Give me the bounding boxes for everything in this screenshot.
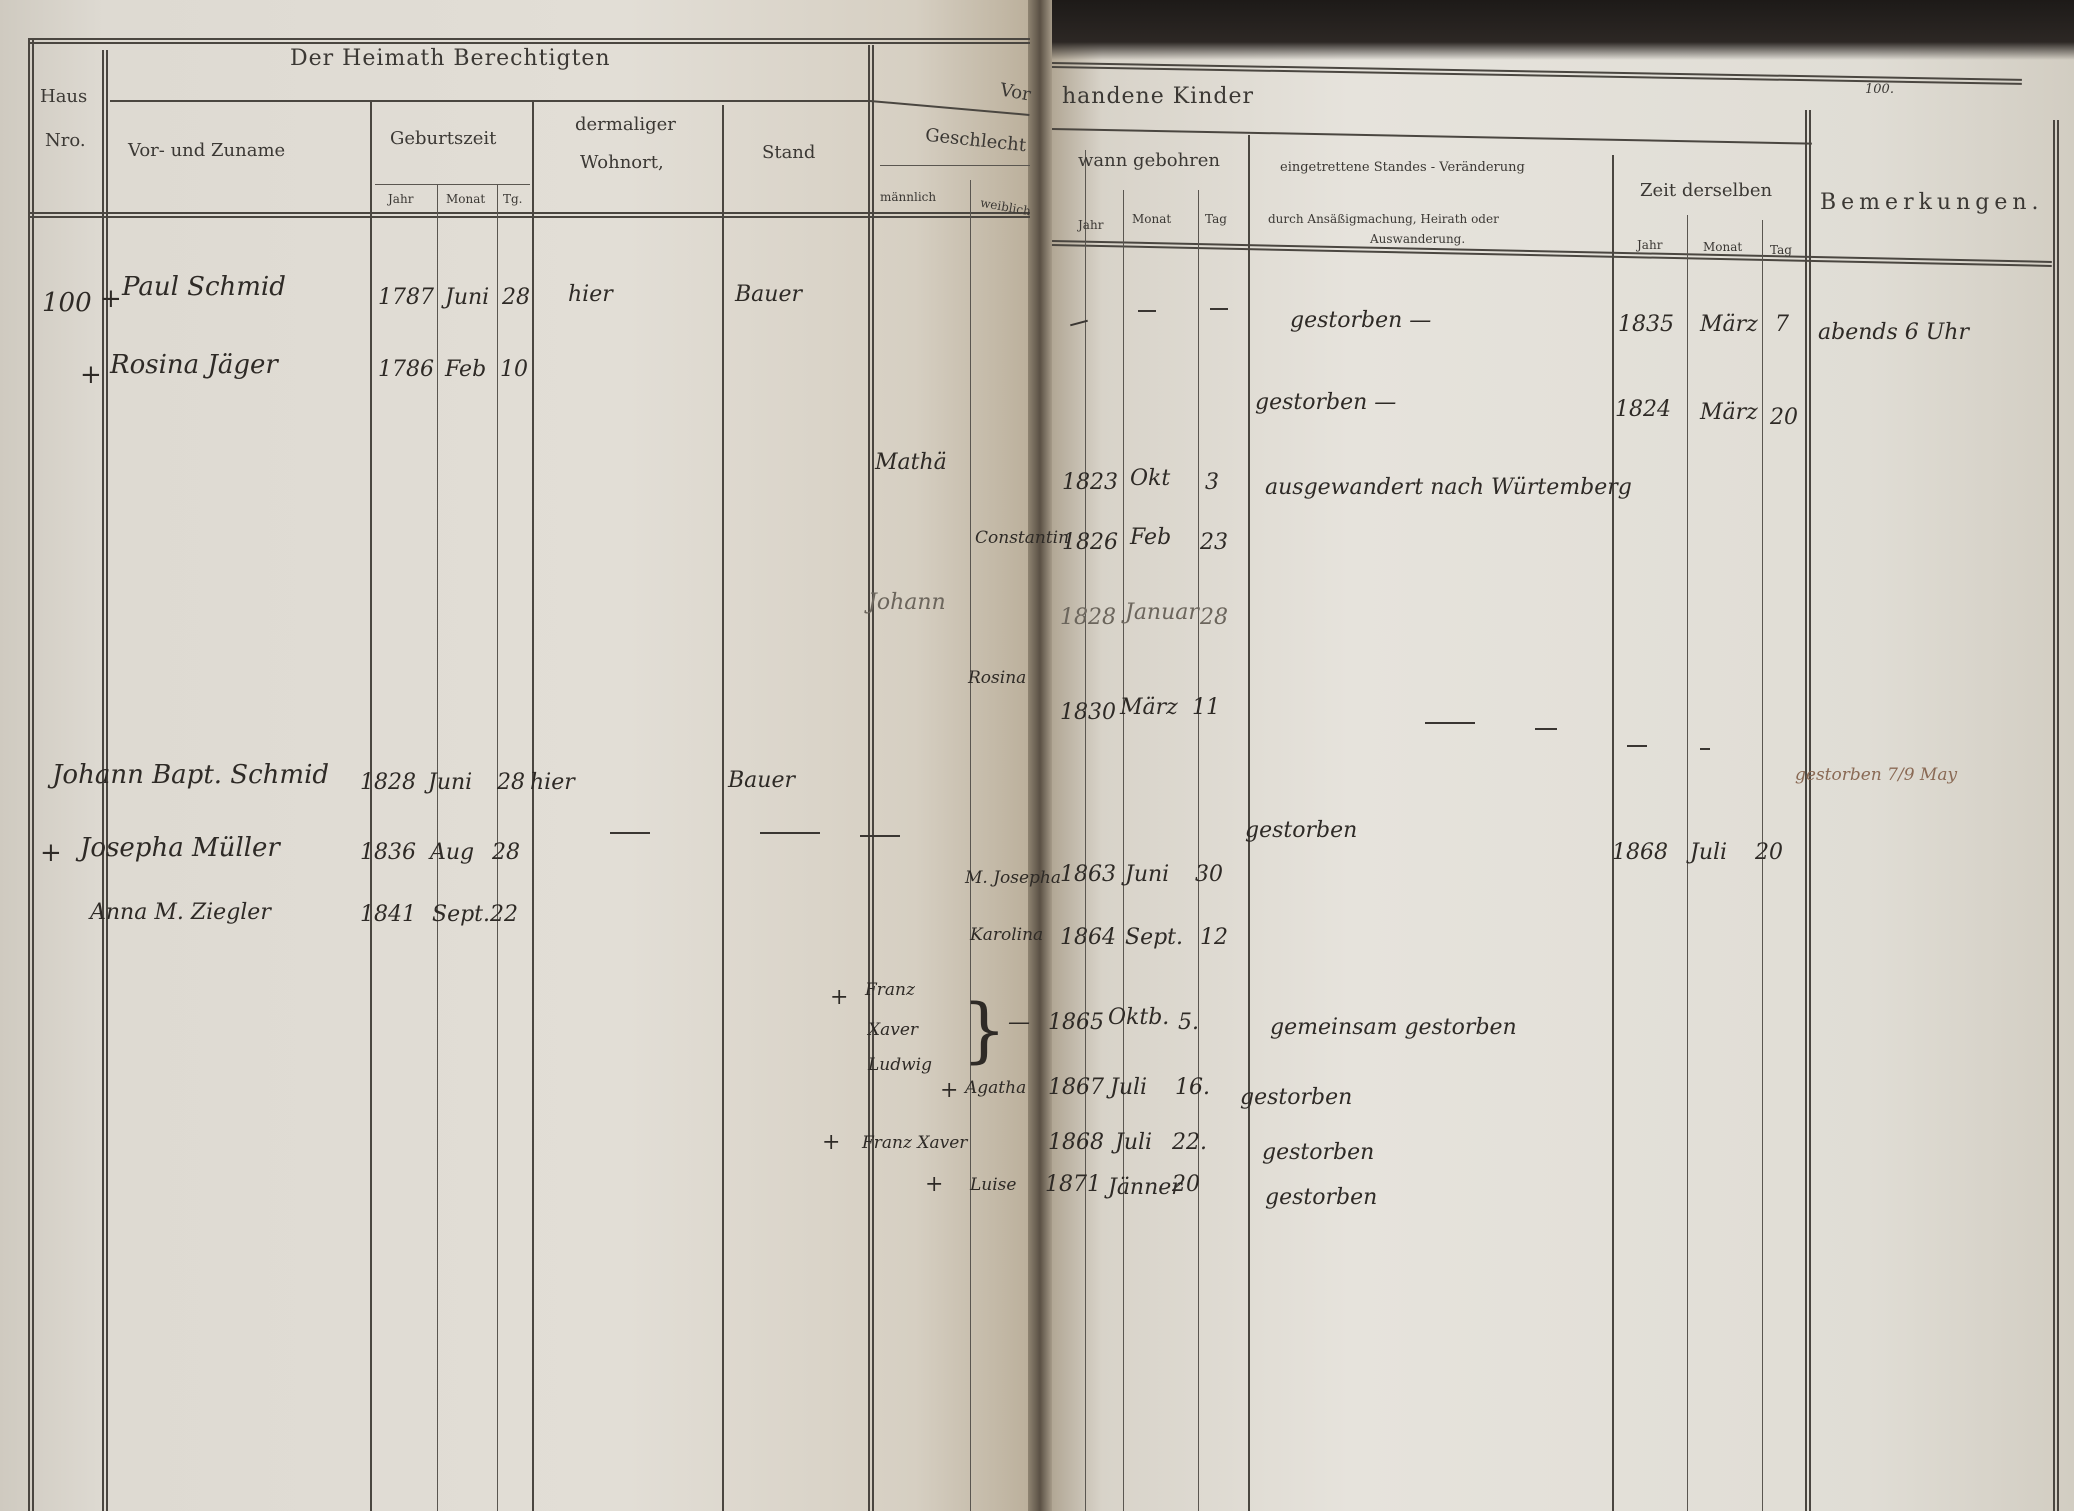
haus-label: Haus (40, 86, 87, 107)
geburt-sub-line (375, 184, 530, 185)
right-border (2053, 120, 2059, 1511)
child-tag: 16. (1175, 1075, 1210, 1100)
left-title: Der Heimath Berechtigten (290, 46, 611, 71)
r-col-divider-ztag (1762, 220, 1763, 1511)
child-name-line1: Franz (865, 980, 915, 1000)
col-divider-wohnort (722, 105, 724, 1511)
wife1-jahr: 1836 (360, 840, 416, 865)
head-veraenderung: gestorben — (1290, 308, 1431, 333)
wife1-veraenderung: gestorben (1245, 818, 1357, 843)
child-tag: 3 (1205, 470, 1219, 495)
wife1-z-jahr: 1868 (1612, 840, 1668, 865)
r-tag-header: Tag (1205, 212, 1227, 226)
wife1-z-tag: 20 (1755, 840, 1783, 865)
death-mark: + (925, 1172, 943, 1197)
child-monat: Oktb. (1108, 1005, 1169, 1030)
r-col-divider-jahr (1085, 150, 1086, 1511)
death-mark: + (80, 360, 102, 390)
col-divider-geburt (532, 100, 534, 1511)
monat-header: Monat (446, 192, 485, 206)
haus-number: 100 (42, 288, 92, 318)
stand-header: Stand (762, 142, 815, 163)
dash (1535, 728, 1557, 730)
child-jahr: 1871 (1045, 1172, 1101, 1197)
wife1-z-monat: Juli (1690, 840, 1727, 865)
child-name: Johann (868, 590, 946, 615)
child-jahr: 1826 (1062, 530, 1118, 555)
dash (1627, 745, 1647, 747)
wife-monat: Feb (445, 357, 486, 382)
child-tag: 22. (1172, 1130, 1207, 1155)
child-tag: 5. (1178, 1010, 1199, 1035)
child-veraenderung: gestorben (1265, 1185, 1377, 1210)
death-mark: + (822, 1130, 840, 1155)
nro-label: Nro. (45, 130, 86, 151)
head-stand: Bauer (728, 768, 795, 793)
wife1-tag: 28 (492, 840, 520, 865)
child-tag: 30 (1195, 862, 1223, 887)
child-monat: Feb (1130, 525, 1171, 550)
child-jahr: 1865 (1048, 1010, 1104, 1035)
dash (1210, 308, 1228, 310)
wohnort-header-2: Wohnort, (580, 152, 664, 173)
head-tag: 28 (502, 285, 530, 310)
child-tag: 12 (1200, 925, 1228, 950)
wife2-name: Anna M. Ziegler (90, 900, 271, 925)
col-divider-stand (868, 45, 874, 1511)
left-page (0, 0, 1040, 1511)
death-mark: + (40, 838, 62, 868)
col-divider-geschlecht (970, 180, 971, 1511)
child-monat: Juli (1115, 1130, 1152, 1155)
child-monat: Jänner (1108, 1175, 1182, 1200)
z-monat-header: Monat (1703, 240, 1742, 254)
col-divider-name (370, 100, 372, 1511)
child-monat: Sept. (1125, 925, 1183, 950)
head-jahr: 1787 (378, 285, 434, 310)
top-border (30, 38, 1030, 44)
dash (610, 832, 650, 834)
zeit-derselben-header: Zeit derselben (1640, 180, 1772, 201)
wife-veraenderung: gestorben — (1255, 390, 1396, 415)
z-jahr-header: Jahr (1637, 238, 1662, 252)
child-monat: März (1120, 695, 1178, 720)
head-name: Paul Schmid (122, 272, 286, 302)
child-tag: 20 (1172, 1172, 1200, 1197)
head-tag: 28 (497, 770, 525, 795)
title-underline (110, 100, 870, 102)
wann-gebohren-header: wann gebohren (1078, 150, 1220, 171)
veraenderung-header: eingetrettene Standes - Veränderung (1280, 160, 1525, 175)
head-wohnort: hier (568, 282, 613, 307)
child-name: Constantin (975, 528, 1069, 548)
death-mark: + (100, 284, 122, 314)
r-col-divider-tag (1198, 190, 1199, 1511)
child-name-line2: Xaver (868, 1020, 918, 1040)
geschlecht-sub-line (880, 165, 1030, 166)
r-col-divider-monat (1123, 190, 1124, 1511)
child-veraenderung: gemeinsam gestorben (1270, 1015, 1517, 1040)
r-monat-header: Monat (1132, 212, 1171, 226)
child-jahr: 1867 (1048, 1075, 1104, 1100)
wife-name: Rosina Jäger (110, 350, 278, 380)
jahr-header: Jahr (388, 192, 413, 206)
head-stand: Bauer (735, 282, 802, 307)
child-jahr: 1830 (1060, 700, 1116, 725)
veraenderung-sub-2: Auswanderung. (1370, 232, 1465, 246)
child-veraenderung: gestorben (1262, 1140, 1374, 1165)
dash (1425, 722, 1475, 724)
child-name: Karolina (970, 925, 1043, 945)
head-bemerkung: abends 6 Uhr (1818, 320, 1969, 345)
tag-header: Tg. (503, 192, 523, 206)
wife1-monat: Aug (430, 840, 474, 865)
child-name: Franz Xaver (862, 1133, 967, 1153)
dash (760, 832, 820, 834)
head-bemerkung: gestorben 7/9 May (1795, 765, 1957, 785)
child-tag: 23 (1200, 530, 1228, 555)
wife-tag: 10 (500, 357, 528, 382)
head-wohnort: hier (530, 770, 575, 795)
head-name: Johann Bapt. Schmid (52, 760, 329, 790)
dash (1700, 748, 1710, 750)
wife2-jahr: 1841 (360, 902, 416, 927)
head-monat: Juni (428, 770, 472, 795)
child-jahr: 1823 (1062, 470, 1118, 495)
child-name: Mathä (875, 450, 947, 475)
wife-z-monat: März (1700, 400, 1758, 425)
child-jahr: 1864 (1060, 925, 1116, 950)
child-tag: 11 (1192, 695, 1220, 720)
wife1-name: Josepha Müller (80, 833, 280, 863)
veraenderung-sub-1: durch Ansäßigmachung, Heirath oder (1268, 212, 1499, 226)
background-shadow (1040, 0, 2074, 60)
head-monat: Juni (445, 285, 489, 310)
child-tag: 28 (1200, 605, 1228, 630)
r-col-divider-bemerkungen (1805, 110, 1811, 1511)
child-jahr: 1828 (1060, 605, 1116, 630)
dash (1138, 310, 1156, 312)
child-monat: Okt (1130, 466, 1170, 491)
child-veraenderung: ausgewandert nach Würtemberg (1265, 475, 1632, 500)
left-border (28, 38, 34, 1511)
child-name: Luise (970, 1175, 1016, 1195)
brace-icon: } (962, 995, 1007, 1065)
child-jahr: 1863 (1060, 862, 1116, 887)
death-mark: + (940, 1078, 958, 1103)
geburtszeit-header: Geburtszeit (390, 128, 496, 149)
child-monat: Juli (1110, 1075, 1147, 1100)
r-jahr-header: Jahr (1078, 218, 1103, 232)
head-z-tag: 7 (1775, 312, 1789, 337)
child-monat: Juni (1125, 862, 1169, 887)
child-note: — (1008, 1010, 1030, 1035)
wife-z-jahr: 1824 (1615, 397, 1671, 422)
name-header: Vor- und Zuname (128, 140, 285, 161)
dash (860, 835, 900, 837)
page-number: 100. (1865, 82, 1894, 97)
death-mark: + (830, 985, 848, 1010)
wife2-tag: 22 (490, 902, 518, 927)
r-col-divider-zeit (1612, 155, 1614, 1511)
wohnort-header-1: dermaliger (575, 114, 676, 135)
wife-z-tag: 20 (1770, 405, 1798, 430)
head-jahr: 1828 (360, 770, 416, 795)
right-title: handene Kinder (1062, 84, 1254, 109)
wife2-monat: Sept. (432, 902, 490, 927)
z-tag-header: Tag (1770, 243, 1792, 257)
book-gutter (1028, 0, 1052, 1511)
wife-jahr: 1786 (378, 357, 434, 382)
header-bottom-border (30, 212, 1030, 218)
right-page (1040, 0, 2074, 1511)
child-name: Agatha (965, 1078, 1026, 1098)
maennlich-header: männlich (880, 190, 936, 204)
r-col-divider-zmonat (1687, 215, 1688, 1511)
child-name: M. Josepha (965, 868, 1061, 888)
child-name-line3: Ludwig (868, 1055, 932, 1075)
head-z-jahr: 1835 (1618, 312, 1674, 337)
bemerkungen-header: Bemerkungen. (1820, 190, 2044, 215)
head-z-monat: März (1700, 312, 1758, 337)
child-name: Rosina (968, 668, 1026, 688)
child-monat: Januar (1125, 600, 1199, 625)
child-veraenderung: gestorben (1240, 1085, 1352, 1110)
child-jahr: 1868 (1048, 1130, 1104, 1155)
